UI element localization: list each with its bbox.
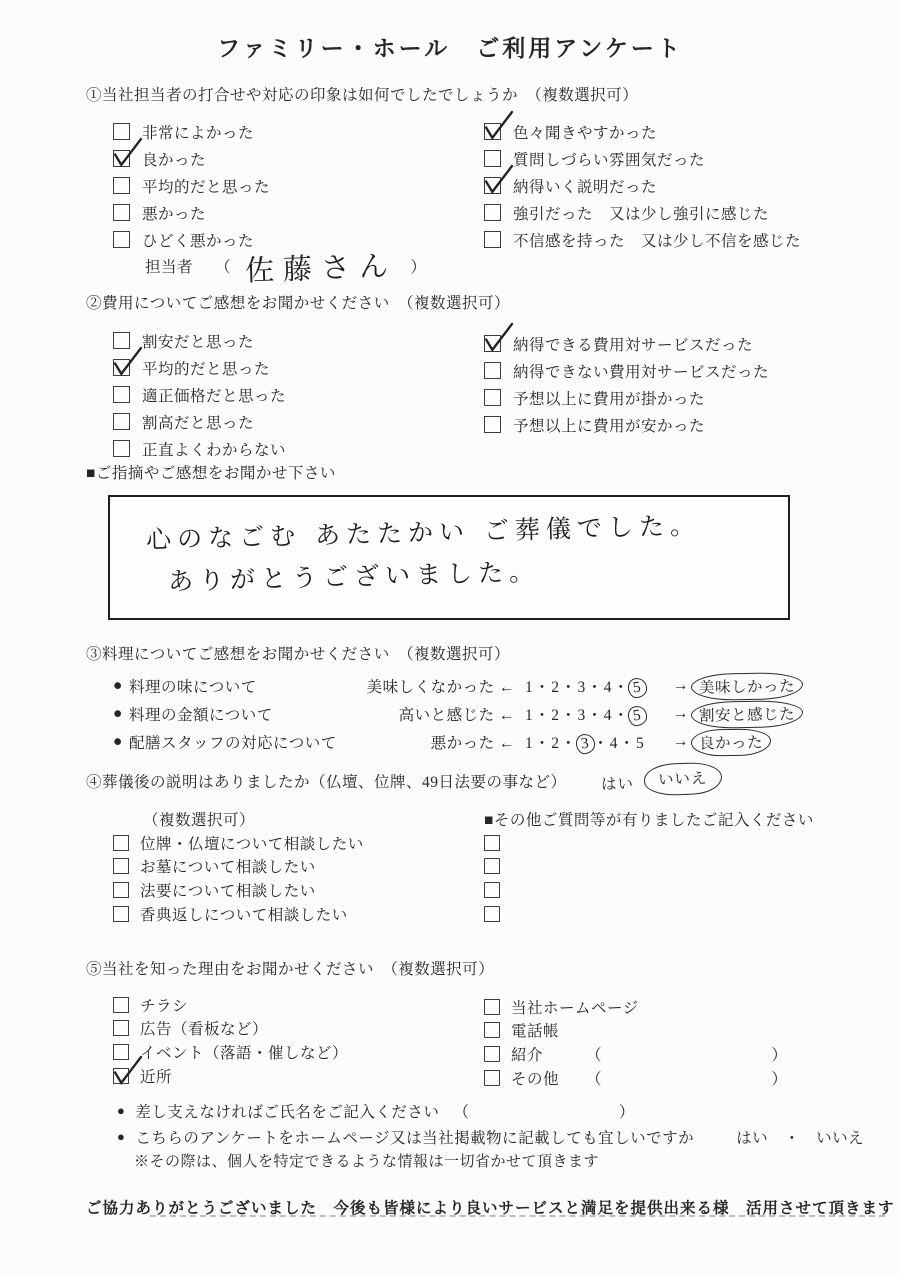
check-mark-icon: [482, 110, 514, 142]
circled-positive-label: 割安と感じた: [690, 700, 802, 729]
paren-open: （: [215, 255, 231, 277]
publish-permission-line: ● こちらのアンケートをホームページ又は当社掲載物に記載しても宜しいですか はい…: [117, 1126, 864, 1148]
checkbox-label: 当社ホームページ: [511, 996, 639, 1018]
checkbox-row: お墓について相談したい: [113, 855, 364, 879]
paren-close: ）: [411, 255, 427, 277]
neg-text: 悪かった: [431, 735, 495, 752]
paren-open: （: [453, 1100, 469, 1122]
rating-scale[interactable]: 1・2・3・4・5: [525, 675, 673, 698]
paren-close: ）: [772, 1043, 788, 1065]
checkbox-label: 平均的だと思った: [142, 175, 270, 197]
checkbox-row: 納得いく説明だった: [484, 172, 801, 199]
checkbox-row: 平均的だと思った: [113, 354, 286, 381]
checkbox-row: 紹介 （ ）: [484, 1042, 787, 1066]
checkbox-row: [484, 878, 500, 902]
name-entry-text: 差し支えなければご氏名をご記入ください: [135, 1100, 439, 1122]
checkbox-label: 不信感を持った 又は少し不信を感じた: [513, 229, 801, 251]
checkbox-row: 正直よくわからない: [113, 435, 286, 462]
checkbox-row: 色々聞きやすかった: [484, 118, 801, 145]
checkbox-label: 非常によかった: [142, 121, 254, 143]
arrow-left-icon: ←: [499, 735, 515, 752]
bullet-icon: ●: [113, 733, 129, 751]
comment-handwriting-line2: ありがとうございました。: [168, 552, 541, 598]
q4-subnote: （複数選択可）: [143, 808, 255, 830]
checkbox[interactable]: [484, 177, 501, 194]
checkbox[interactable]: [113, 359, 130, 376]
checkbox-label: 法要について相談したい: [140, 879, 316, 901]
publish-permission-text: こちらのアンケートをホームページ又は当社掲載物に記載しても宜しいですか: [135, 1126, 694, 1148]
checkbox[interactable]: [484, 999, 500, 1015]
checkbox-row: [484, 902, 500, 926]
comment-box[interactable]: 心のなごむ あたたかい ご葬儀でした。 ありがとうございました。: [108, 495, 790, 620]
rating-negative-label: 高いと感じた ←: [347, 703, 515, 725]
checkbox[interactable]: [484, 1070, 500, 1086]
q2-left-options: 割安だと思った 平均的だと思った 適正価格だと思った 割高だと思った 正直よくわ…: [113, 327, 286, 462]
other-question-checkbox[interactable]: [484, 835, 500, 851]
checkbox[interactable]: [484, 1046, 500, 1062]
q4-other-heading: ■その他ご質問等が有りましたご記入ください: [484, 808, 814, 830]
other-question-checkbox[interactable]: [484, 882, 500, 898]
checkbox[interactable]: [113, 835, 129, 851]
checkbox-label: 香典返しについて相談したい: [140, 903, 348, 925]
checkbox-label: 位牌・仏壇について相談したい: [140, 832, 364, 854]
bullet-icon: ●: [117, 1129, 125, 1145]
circled-rating-number: 5: [627, 676, 649, 698]
checkbox[interactable]: [113, 858, 129, 874]
neg-text: 美味しくなかった: [367, 679, 495, 696]
rating-scale[interactable]: 1・2・3・4・5: [525, 731, 673, 754]
comment-heading: ■ご指摘やご感想をお聞かせ下さい: [86, 461, 336, 483]
check-mark-icon: [111, 346, 143, 378]
checkbox-row: 質問しづらい雰囲気だった: [484, 145, 801, 172]
rating-item-label: 料理の味について: [129, 675, 347, 697]
checkbox[interactable]: [113, 231, 130, 248]
staff-name-handwriting: 佐藤さん: [244, 243, 397, 289]
arrow-left-icon: ←: [499, 707, 515, 724]
checkbox-label: チラシ: [140, 994, 188, 1016]
checkbox-row: 不信感を持った 又は少し不信を感じた: [484, 226, 801, 253]
checkbox-label: 近所: [140, 1065, 172, 1087]
checkbox-label: イベント（落語・催しなど）: [140, 1041, 348, 1063]
checkbox-label: 強引だった 又は少し強引に感じた: [513, 202, 769, 224]
checkbox-label: 広告（看板など）: [140, 1017, 268, 1039]
survey-page: ファミリー・ホール ご利用アンケート ①当社担当者の打合せや対応の印象は如何でし…: [0, 0, 900, 1274]
arrow-right-icon: →: [673, 705, 689, 723]
scale-post: ・4・5: [593, 735, 646, 752]
rating-row: ● 料理の金額について 高いと感じた ← 1・2・3・4・5 → 割安と感じた: [113, 700, 803, 728]
checkbox[interactable]: [484, 389, 501, 406]
checkbox-row: イベント（落語・催しなど）: [113, 1040, 348, 1064]
checkbox-row: 法要について相談したい: [113, 878, 364, 902]
checkbox[interactable]: [113, 997, 129, 1013]
paren-close: ）: [772, 1067, 788, 1089]
paren-open: （: [586, 1067, 602, 1089]
checkbox-row: 適正価格だと思った: [113, 381, 286, 408]
checkbox-row: チラシ: [113, 993, 348, 1017]
staff-label: 担当者: [145, 255, 193, 277]
scale-pre: 1・2・3・4・: [525, 707, 630, 724]
rating-item-label: 配膳スタッフの対応について: [129, 731, 347, 753]
checkbox-row: 割高だと思った: [113, 408, 286, 435]
privacy-note: ※その際は、個人を特定できるような情報は一切省かせて頂きます: [134, 1150, 599, 1171]
checkbox-row: 香典返しについて相談したい: [113, 902, 364, 926]
checkbox-row: 広告（看板など）: [113, 1017, 348, 1041]
comment-handwriting-line1: 心のなごむ あたたかい ご葬儀でした。: [146, 506, 702, 557]
paren-close: ）: [619, 1100, 635, 1122]
rating-row: ● 料理の味について 美味しくなかった ← 1・2・3・4・5 → 美味しかった: [113, 672, 803, 700]
checkbox-row: [484, 831, 500, 855]
checkbox-label: 電話帳: [511, 1019, 559, 1041]
paren-open: （: [586, 1043, 602, 1065]
checkbox-label: 質問しづらい雰囲気だった: [513, 148, 705, 170]
checkbox-label: 色々聞きやすかった: [513, 121, 657, 143]
publish-yes-no-options[interactable]: はい ・ いいえ: [736, 1126, 864, 1148]
name-entry-line: ● 差し支えなければご氏名をご記入ください （ ）: [117, 1100, 634, 1122]
checkbox[interactable]: [113, 1020, 129, 1036]
arrow-left-icon: ←: [499, 679, 515, 696]
checkbox-label: 平均的だと思った: [142, 357, 270, 379]
q1-right-options: 色々聞きやすかった 質問しづらい雰囲気だった 納得いく説明だった 強引だった 又…: [484, 118, 801, 253]
checkbox-row: 納得できる費用対サービスだった: [484, 330, 769, 357]
checkbox[interactable]: [113, 413, 130, 430]
checkbox[interactable]: [113, 1068, 129, 1084]
bullet-icon: ●: [113, 677, 129, 695]
checkbox[interactable]: [113, 882, 129, 898]
other-question-checkbox[interactable]: [484, 906, 500, 922]
checkbox[interactable]: [484, 1022, 500, 1038]
checkbox-label: 割安だと思った: [142, 330, 254, 352]
circled-positive-label: 美味しかった: [690, 672, 802, 701]
checkbox[interactable]: [484, 335, 501, 352]
checkbox-row: 平均的だと思った: [113, 172, 270, 199]
scale-pre: 1・2・: [525, 735, 578, 752]
checkbox-row: 良かった: [113, 145, 270, 172]
checkbox-label: 紹介: [511, 1043, 575, 1065]
checkbox-row: 予想以上に費用が安かった: [484, 411, 769, 438]
checkbox[interactable]: [484, 204, 501, 221]
checkbox-label: 予想以上に費用が安かった: [513, 414, 705, 436]
checkbox-row: 強引だった 又は少し強引に感じた: [484, 199, 801, 226]
q5-left-options: チラシ 広告（看板など） イベント（落語・催しなど） 近所: [113, 993, 348, 1087]
checkbox[interactable]: [484, 231, 501, 248]
checkbox[interactable]: [484, 362, 501, 379]
q2-right-options: 納得できる費用対サービスだった 納得できない費用対サービスだった 予想以上に費用…: [484, 330, 769, 438]
check-mark-icon: [111, 1055, 143, 1087]
checkbox-row: [484, 855, 500, 879]
checkbox-row: 当社ホームページ: [484, 995, 787, 1019]
check-mark-icon: [482, 322, 514, 354]
checkbox[interactable]: [113, 150, 130, 167]
checkbox-label: 正直よくわからない: [142, 438, 286, 460]
checkbox[interactable]: [113, 204, 130, 221]
checkbox-label: その他: [511, 1067, 575, 1089]
circled-positive-label: 良かった: [690, 728, 770, 756]
rating-negative-label: 美味しくなかった ←: [347, 675, 515, 697]
q4-no-option-circled[interactable]: いいえ: [643, 762, 722, 797]
checkbox-row: その他 （ ）: [484, 1066, 787, 1090]
staff-name-line: 担当者 （ 佐藤さん ）: [145, 246, 426, 286]
checkbox[interactable]: [484, 416, 501, 433]
arrow-right-icon: →: [673, 733, 689, 751]
q4-heading: ④葬儀後の説明はありましたか（仏壇、位牌、49日法要の事など）: [86, 770, 567, 792]
bullet-icon: ●: [117, 1103, 125, 1119]
q5-right-options: 当社ホームページ 電話帳 紹介 （ ） その他 （ ）: [484, 995, 787, 1089]
checkbox-label: 割高だと思った: [142, 411, 254, 433]
scale-pre: 1・2・3・4・: [525, 679, 630, 696]
q4-yes-option[interactable]: はい: [601, 772, 634, 794]
checkbox-row: 位牌・仏壇について相談したい: [113, 831, 364, 855]
check-mark-icon: [482, 164, 514, 196]
q1-left-options: 非常によかった 良かった 平均的だと思った 悪かった ひどく悪かった: [113, 118, 270, 253]
circled-rating-number: 5: [627, 704, 649, 726]
checkbox-row: 電話帳: [484, 1019, 787, 1043]
checkbox-label: お墓について相談したい: [140, 855, 316, 877]
checkbox-row: 近所: [113, 1064, 348, 1088]
checkbox-label: 悪かった: [142, 202, 206, 224]
rating-scale[interactable]: 1・2・3・4・5: [525, 703, 673, 726]
q3-rating-rows: ● 料理の味について 美味しくなかった ← 1・2・3・4・5 → 美味しかった…: [113, 672, 803, 756]
checkbox-row: 悪かった: [113, 199, 270, 226]
checkbox-label: 納得できない費用対サービスだった: [513, 360, 769, 382]
check-mark-icon: [111, 137, 143, 169]
neg-text: 高いと感じた: [399, 707, 495, 724]
checkbox[interactable]: [484, 123, 501, 140]
other-question-checkbox[interactable]: [484, 858, 500, 874]
arrow-right-icon: →: [673, 677, 689, 695]
rating-row: ● 配膳スタッフの対応について 悪かった ← 1・2・3・4・5 → 良かった: [113, 728, 803, 756]
scan-artifact-line: [150, 1215, 885, 1217]
q4-other-checkboxes: [484, 831, 500, 925]
page-title: ファミリー・ホール ご利用アンケート: [0, 30, 900, 63]
q2-heading: ②費用についてご感想をお聞かせください （複数選択可）: [86, 291, 510, 313]
checkbox-label: 良かった: [142, 148, 206, 170]
checkbox[interactable]: [113, 386, 130, 403]
q1-heading: ①当社担当者の打合せや対応の印象は如何でしたでしょうか （複数選択可）: [86, 83, 638, 105]
checkbox-row: 予想以上に費用が掛かった: [484, 384, 769, 411]
q5-heading: ⑤当社を知った理由をお聞かせください （複数選択可）: [86, 957, 494, 979]
checkbox-label: 適正価格だと思った: [142, 384, 286, 406]
rating-item-label: 料理の金額について: [129, 703, 347, 725]
checkbox-row: 納得できない費用対サービスだった: [484, 357, 769, 384]
checkbox-label: 納得いく説明だった: [513, 175, 657, 197]
checkbox[interactable]: [113, 440, 130, 457]
checkbox-label: 予想以上に費用が掛かった: [513, 387, 705, 409]
checkbox-label: 納得できる費用対サービスだった: [513, 333, 753, 355]
rating-negative-label: 悪かった ←: [347, 731, 515, 753]
bullet-icon: ●: [113, 705, 129, 723]
q3-heading: ③料理についてご感想をお聞かせください （複数選択可）: [86, 642, 510, 664]
checkbox[interactable]: [113, 906, 129, 922]
q4-left-options: 位牌・仏壇について相談したい お墓について相談したい 法要について相談したい 香…: [113, 831, 364, 925]
checkbox[interactable]: [113, 177, 130, 194]
